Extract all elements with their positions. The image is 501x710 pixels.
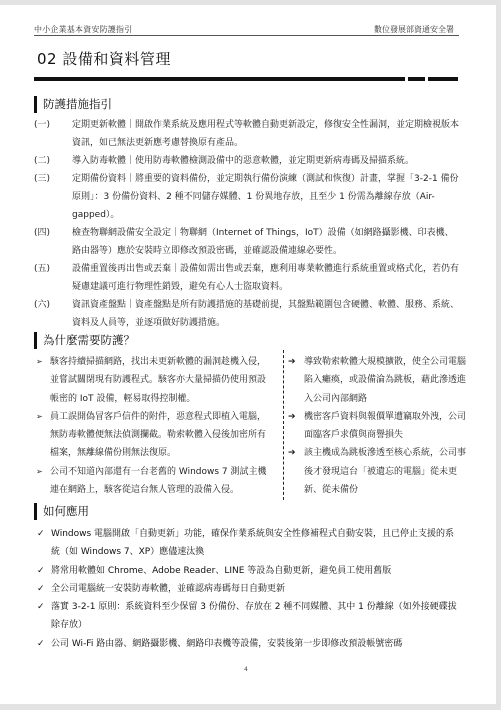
checklist-item: ✓ 全公司電腦統一安裝防毒軟體，並確認病毒碼每日自動更新 [34, 580, 462, 598]
item-text: 檢查物聯網設備安全設定｜物聯網（Internet of Things，IoT）設… [72, 228, 454, 256]
cause-text: 員工誤開偽冒客戶信件的附件，惡意程式即植入電腦，無防毒軟體便無法偵測攔截。勒索軟… [50, 412, 266, 459]
cause-item: ➢ 公司不知道內部還有一台老舊的 Windows 7 測試主機連在網路上，駭客從… [34, 463, 272, 500]
why-two-column: ➢ 駭客持續掃描網路，找出未更新軟體的漏洞趁機入侵，並嘗試關閉現有防護程式。駭客… [34, 353, 462, 503]
section-heading-why: 為什麼需要防護？ [34, 332, 135, 349]
item-number: (六) [34, 296, 50, 314]
right-arrow-icon: ➔ [288, 353, 296, 371]
right-arrow-icon: ➔ [288, 444, 296, 462]
running-header-right: 數位發展部資通安全署 [374, 24, 454, 35]
arrowhead-bullet-icon: ➢ [36, 353, 43, 371]
item-number: (一) [34, 116, 50, 134]
checkmark-icon: ✓ [37, 635, 45, 653]
running-header-left: 中小企業基本資安防護指引 [34, 24, 132, 35]
checkmark-icon: ✓ [37, 598, 45, 616]
consequence-item: ➔ 機密客戶資料與報價單遭竊取外洩，公司面臨客戶求償與商譽損失 [288, 408, 466, 445]
item-text: 資訊資產盤點｜資產盤點是所有防護措施的基礎前提，其盤點範圍包含硬體、軟體、服務、… [72, 300, 459, 328]
page-title: 02 設備和資料管理 [37, 48, 171, 69]
consequence-item: ➔ 該主機成為跳板滲透至核心系統，公司事後才發現這台「被遺忘的電腦」從未更新、從… [288, 444, 466, 499]
checklist-item: ✓ 將常用軟體如 Chrome、Adobe Reader、LINE 等設為自動更… [34, 562, 462, 580]
cause-text: 駭客持續掃描網路，找出未更新軟體的漏洞趁機入侵，並嘗試關閉現有防護程式。駭客亦大… [50, 357, 266, 404]
item-text: 設備重置後再出售或丟棄｜設備如需出售或丟棄，應利用專業軟體進行系統重置或格式化，… [72, 264, 459, 292]
consequence-item: ➔ 導致勒索軟體大規模擴散，使全公司電腦陷入癱瘓，或設備淪為跳板，藉此滲透進入公… [288, 353, 466, 408]
checkmark-icon: ✓ [37, 580, 45, 598]
item-text: 定期更新軟體｜開啟作業系統及應用程式等軟體自動更新設定，修復安全性漏洞，並定期檢… [72, 120, 459, 148]
cause-item: ➢ 員工誤開偽冒客戶信件的附件，惡意程式即植入電腦，無防毒軟體便無法偵測攔截。勒… [34, 408, 272, 463]
section-heading-protection: 防護措施指引 [34, 96, 112, 113]
consequence-text: 該主機成為跳板滲透至核心系統，公司事後才發現這台「被遺忘的電腦」從未更新、從未備… [304, 448, 466, 495]
item-number: (五) [34, 260, 50, 278]
checklist-item: ✓ 公司 Wi-Fi 路由器、網路攝影機、網路印表機等設備，安裝後第一步即修改預… [34, 635, 462, 653]
cause-item: ➢ 駭客持續掃描網路，找出未更新軟體的漏洞趁機入侵，並嘗試關閉現有防護程式。駭客… [34, 353, 272, 408]
header-rule [34, 35, 459, 36]
right-arrow-icon: ➔ [288, 408, 296, 426]
checklist-text: 全公司電腦統一安裝防毒軟體，並確認病毒碼每日自動更新 [51, 584, 285, 594]
checkmark-icon: ✓ [37, 525, 45, 543]
title-rule [34, 77, 405, 81]
consequence-text: 導致勒索軟體大規模擴散，使全公司電腦陷入癱瘓，或設備淪為跳板，藉此滲透進入公司內… [304, 357, 466, 404]
arrowhead-bullet-icon: ➢ [36, 408, 43, 426]
page-number: 4 [244, 666, 248, 673]
item-number: (三) [34, 170, 50, 188]
title-rule-segment [408, 77, 425, 81]
protection-list: (一) 定期更新軟體｜開啟作業系統及應用程式等軟體自動更新設定，修復安全性漏洞，… [34, 116, 460, 332]
dashed-divider [283, 350, 284, 500]
protection-item: (二) 導入防毒軟體｜使用防毒軟體檢測設備中的惡意軟體，並定期更新病毒碼及掃描系… [34, 152, 460, 170]
item-text: 定期備份資料｜將重要的資料備份，並定期執行備份演練（測試和恢復）計畫，掌握「3-… [72, 174, 459, 220]
cause-text: 公司不知道內部還有一台老舊的 Windows 7 測試主機連在網路上，駭客從這台… [50, 467, 267, 495]
causes-column: ➢ 駭客持續掃描網路，找出未更新軟體的漏洞趁機入侵，並嘗試關閉現有防護程式。駭客… [34, 353, 272, 499]
protection-item: (六) 資訊資產盤點｜資產盤點是所有防護措施的基礎前提，其盤點範圍包含硬體、軟體… [34, 296, 460, 332]
checkmark-icon: ✓ [37, 562, 45, 580]
checklist-text: 落實 3-2-1 原則：系統資料至少保留 3 份備份、存放在 2 種不同媒體、其… [51, 602, 457, 630]
protection-item: (一) 定期更新軟體｜開啟作業系統及應用程式等軟體自動更新設定，修復安全性漏洞，… [34, 116, 460, 152]
checklist-item: ✓ 落實 3-2-1 原則：系統資料至少保留 3 份備份、存放在 2 種不同媒體… [34, 598, 462, 635]
checklist-text: 公司 Wi-Fi 路由器、網路攝影機、網路印表機等設備，安裝後第一步即修改預設帳… [51, 639, 402, 649]
section-heading-how: 如何應用 [34, 503, 89, 520]
title-rule-segment [428, 77, 458, 81]
protection-item: (三) 定期備份資料｜將重要的資料備份，並定期執行備份演練（測試和恢復）計畫，掌… [34, 170, 460, 224]
how-to-list: ✓ Windows 電腦開啟「自動更新」功能，確保作業系統與安全性修補程式自動安… [34, 525, 462, 653]
protection-item: (五) 設備重置後再出售或丟棄｜設備如需出售或丟棄，應利用專業軟體進行系統重置或… [34, 260, 460, 296]
item-text: 導入防毒軟體｜使用防毒軟體檢測設備中的惡意軟體，並定期更新病毒碼及掃描系統。 [72, 156, 414, 166]
consequence-text: 機密客戶資料與報價單遭竊取外洩，公司面臨客戶求償與商譽損失 [304, 412, 466, 440]
protection-item: (四) 檢查物聯網設備安全設定｜物聯網（Internet of Things，I… [34, 224, 460, 260]
checklist-item: ✓ Windows 電腦開啟「自動更新」功能，確保作業系統與安全性修補程式自動安… [34, 525, 462, 562]
checklist-text: 將常用軟體如 Chrome、Adobe Reader、LINE 等設為自動更新，… [51, 566, 391, 576]
arrowhead-bullet-icon: ➢ [36, 463, 43, 481]
item-number: (二) [34, 152, 50, 170]
consequences-column: ➔ 導致勒索軟體大規模擴散，使全公司電腦陷入癱瘓，或設備淪為跳板，藉此滲透進入公… [288, 353, 466, 499]
checklist-text: Windows 電腦開啟「自動更新」功能，確保作業系統與安全性修補程式自動安裝，… [51, 529, 454, 557]
item-number: (四) [34, 224, 50, 242]
document-page: 中小企業基本資安防護指引 數位發展部資通安全署 02 設備和資料管理 防護措施指… [0, 5, 496, 704]
